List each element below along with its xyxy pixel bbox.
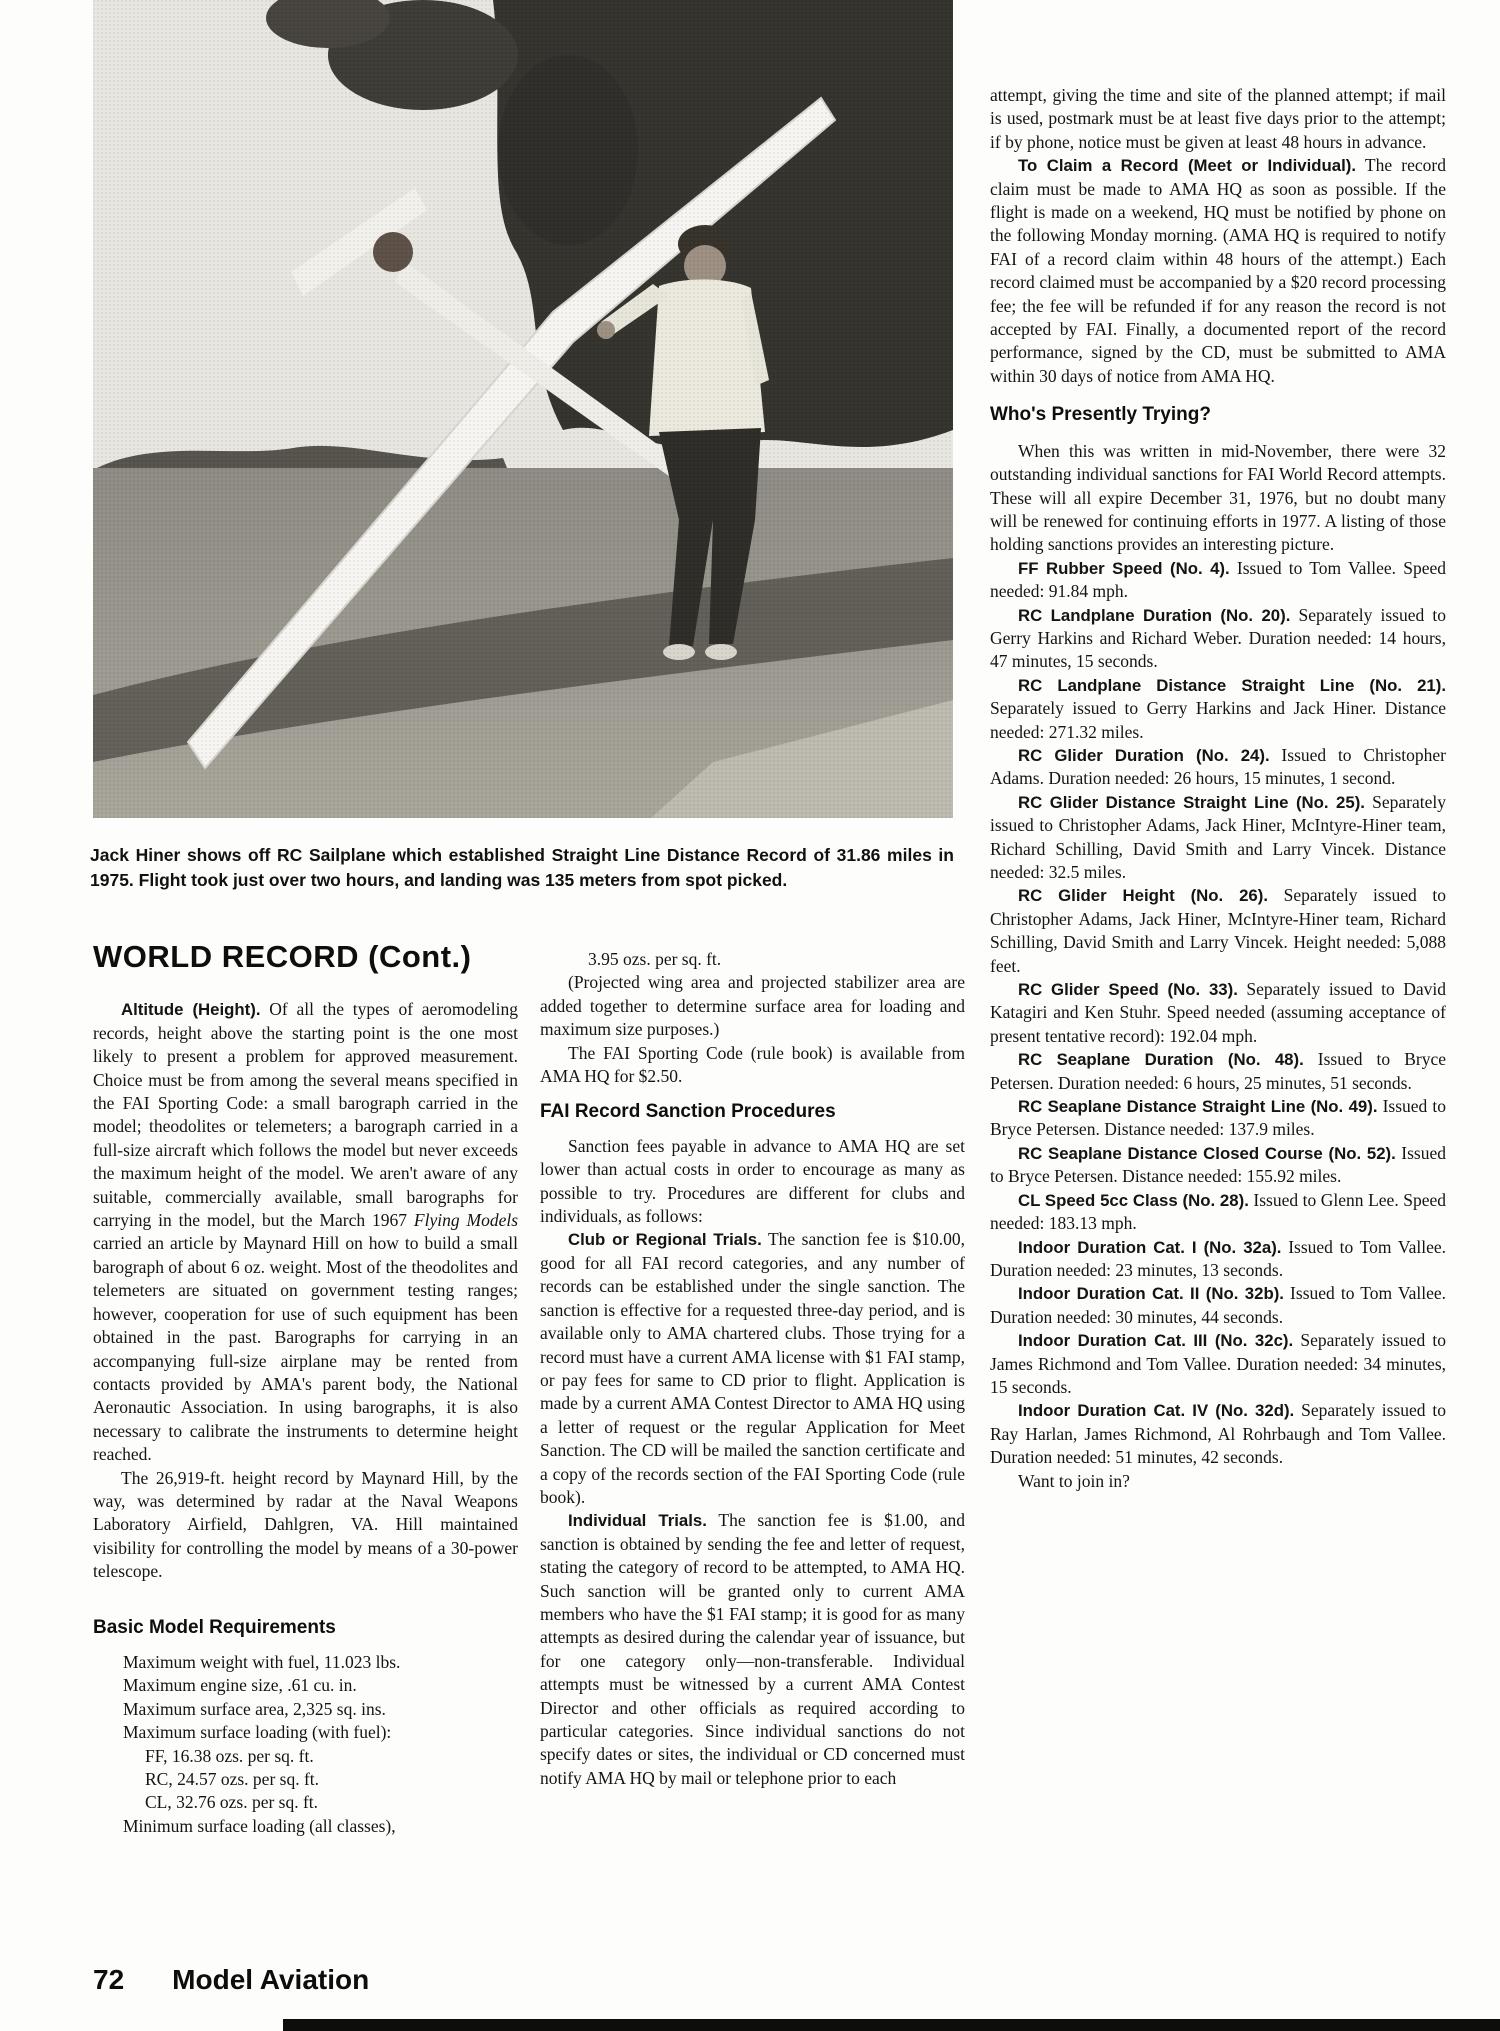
record-title: Indoor Duration Cat. I (No. 32a). (1018, 1238, 1281, 1257)
record-entry: Indoor Duration Cat. I (No. 32a). Issued… (990, 1236, 1446, 1283)
magazine-title: Model Aviation (172, 1964, 369, 1995)
record-title: RC Seaplane Distance Straight Line (No. … (1018, 1097, 1378, 1116)
requirement-item: CL, 32.76 ozs. per sq. ft. (93, 1791, 518, 1814)
record-title: RC Glider Height (No. 26). (1018, 886, 1268, 905)
trying-intro-paragraph: When this was written in mid-November, t… (990, 440, 1446, 557)
continuation-paragraph: attempt, giving the time and site of the… (990, 84, 1446, 154)
record-title: RC Landplane Duration (No. 20). (1018, 606, 1290, 625)
claim-record-text: The record claim must be made to AMA HQ … (990, 155, 1446, 386)
club-trials-paragraph: Club or Regional Trials. The sanction fe… (540, 1228, 965, 1509)
record-title: Indoor Duration Cat. II (No. 32b). (1018, 1284, 1284, 1303)
record-entry: CL Speed 5cc Class (No. 28). Issued to G… (990, 1189, 1446, 1236)
claim-record-paragraph: To Claim a Record (Meet or Individual). … (990, 154, 1446, 388)
record-title: RC Seaplane Distance Closed Course (No. … (1018, 1144, 1396, 1163)
record-title: CL Speed 5cc Class (No. 28). (1018, 1191, 1249, 1210)
altitude-paragraph: Altitude (Height). Of all the types of a… (93, 998, 518, 1466)
record-entry: RC Seaplane Distance Straight Line (No. … (990, 1095, 1446, 1142)
middle-column: 3.95 ozs. per sq. ft. (Projected wing ar… (540, 948, 965, 1790)
requirement-continuation: 3.95 ozs. per sq. ft. (540, 948, 965, 971)
record-entry: RC Seaplane Distance Closed Course (No. … (990, 1142, 1446, 1189)
record-title: RC Glider Speed (No. 33). (1018, 980, 1238, 999)
record-title: FF Rubber Speed (No. 4). (1018, 559, 1230, 578)
record-title: Indoor Duration Cat. III (No. 32c). (1018, 1331, 1293, 1350)
left-column: WORLD RECORD (Cont.) Altitude (Height). … (93, 945, 518, 1838)
sanction-fees-paragraph: Sanction fees payable in advance to AMA … (540, 1135, 965, 1229)
record-title: Indoor Duration Cat. IV (No. 32d). (1018, 1401, 1294, 1420)
altitude-text-continued: carried an article by Maynard Hill on ho… (93, 1233, 518, 1464)
record-entry: RC Landplane Distance Straight Line (No.… (990, 674, 1446, 744)
altitude-lead: Altitude (Height). (121, 1000, 261, 1019)
right-column: attempt, giving the time and site of the… (990, 84, 1446, 1493)
requirement-item: Maximum surface area, 2,325 sq. ins. (93, 1698, 518, 1721)
radar-paragraph: The 26,919-ft. height record by Maynard … (93, 1467, 518, 1584)
projected-area-paragraph: (Projected wing area and projected stabi… (540, 971, 965, 1041)
sanction-procedures-heading: FAI Record Sanction Procedures (540, 1100, 965, 1123)
record-details: Separately issued to Gerry Harkins and J… (990, 698, 1446, 741)
record-title: RC Glider Distance Straight Line (No. 25… (1018, 793, 1365, 812)
club-trials-lead: Club or Regional Trials. (568, 1230, 762, 1249)
presently-trying-heading: Who's Presently Trying? (990, 403, 1446, 426)
page-footer: 72Model Aviation (93, 1964, 369, 1996)
individual-trials-lead: Individual Trials. (568, 1511, 707, 1530)
requirement-item: FF, 16.38 ozs. per sq. ft. (93, 1745, 518, 1768)
record-entry: RC Landplane Duration (No. 20). Separate… (990, 604, 1446, 674)
requirement-item: Maximum weight with fuel, 11.023 lbs. (93, 1651, 518, 1674)
claim-record-lead: To Claim a Record (Meet or Individual). (1018, 156, 1356, 175)
record-entry: RC Seaplane Duration (No. 48). Issued to… (990, 1048, 1446, 1095)
record-title: RC Seaplane Duration (No. 48). (1018, 1050, 1304, 1069)
flying-models-italic: Flying Models (414, 1210, 518, 1230)
record-title: RC Glider Duration (No. 24). (1018, 746, 1270, 765)
record-entry: RC Glider Duration (No. 24). Issued to C… (990, 744, 1446, 791)
record-entry: RC Glider Distance Straight Line (No. 25… (990, 791, 1446, 885)
record-entry: RC Glider Height (No. 26). Separately is… (990, 884, 1446, 978)
section-heading: WORLD RECORD (Cont.) (93, 945, 518, 968)
requirement-item: RC, 24.57 ozs. per sq. ft. (93, 1768, 518, 1791)
record-entry: RC Glider Speed (No. 33). Separately iss… (990, 978, 1446, 1048)
record-entry: Indoor Duration Cat. IV (No. 32d). Separ… (990, 1399, 1446, 1469)
sporting-code-paragraph: The FAI Sporting Code (rule book) is ava… (540, 1042, 965, 1089)
record-entry: Indoor Duration Cat. III (No. 32c). Sepa… (990, 1329, 1446, 1399)
requirement-item: Minimum surface loading (all classes), (93, 1815, 518, 1838)
record-title: RC Landplane Distance Straight Line (No.… (1018, 676, 1446, 695)
individual-trials-text: The sanction fee is $1.00, and sanction … (540, 1510, 965, 1787)
club-trials-text: The sanction fee is $10.00, good for all… (540, 1229, 965, 1506)
requirement-item: Maximum surface loading (with fuel): (93, 1721, 518, 1744)
page-number: 72 (93, 1964, 124, 1995)
requirements-heading: Basic Model Requirements (93, 1616, 518, 1639)
record-entry: FF Rubber Speed (No. 4). Issued to Tom V… (990, 557, 1446, 604)
requirement-item: Maximum engine size, .61 cu. in. (93, 1674, 518, 1697)
individual-trials-paragraph: Individual Trials. The sanction fee is $… (540, 1509, 965, 1790)
photo-halftone-overlay (93, 0, 953, 818)
bottom-rule (283, 2019, 1500, 2031)
closing-line: Want to join in? (990, 1470, 1446, 1493)
altitude-text: Of all the types of aeromodeling records… (93, 999, 518, 1230)
photo-caption: Jack Hiner shows off RC Sailplane which … (90, 843, 954, 892)
sailplane-photo (93, 0, 953, 818)
magazine-page: Jack Hiner shows off RC Sailplane which … (0, 0, 1500, 2031)
record-entry: Indoor Duration Cat. II (No. 32b). Issue… (990, 1282, 1446, 1329)
